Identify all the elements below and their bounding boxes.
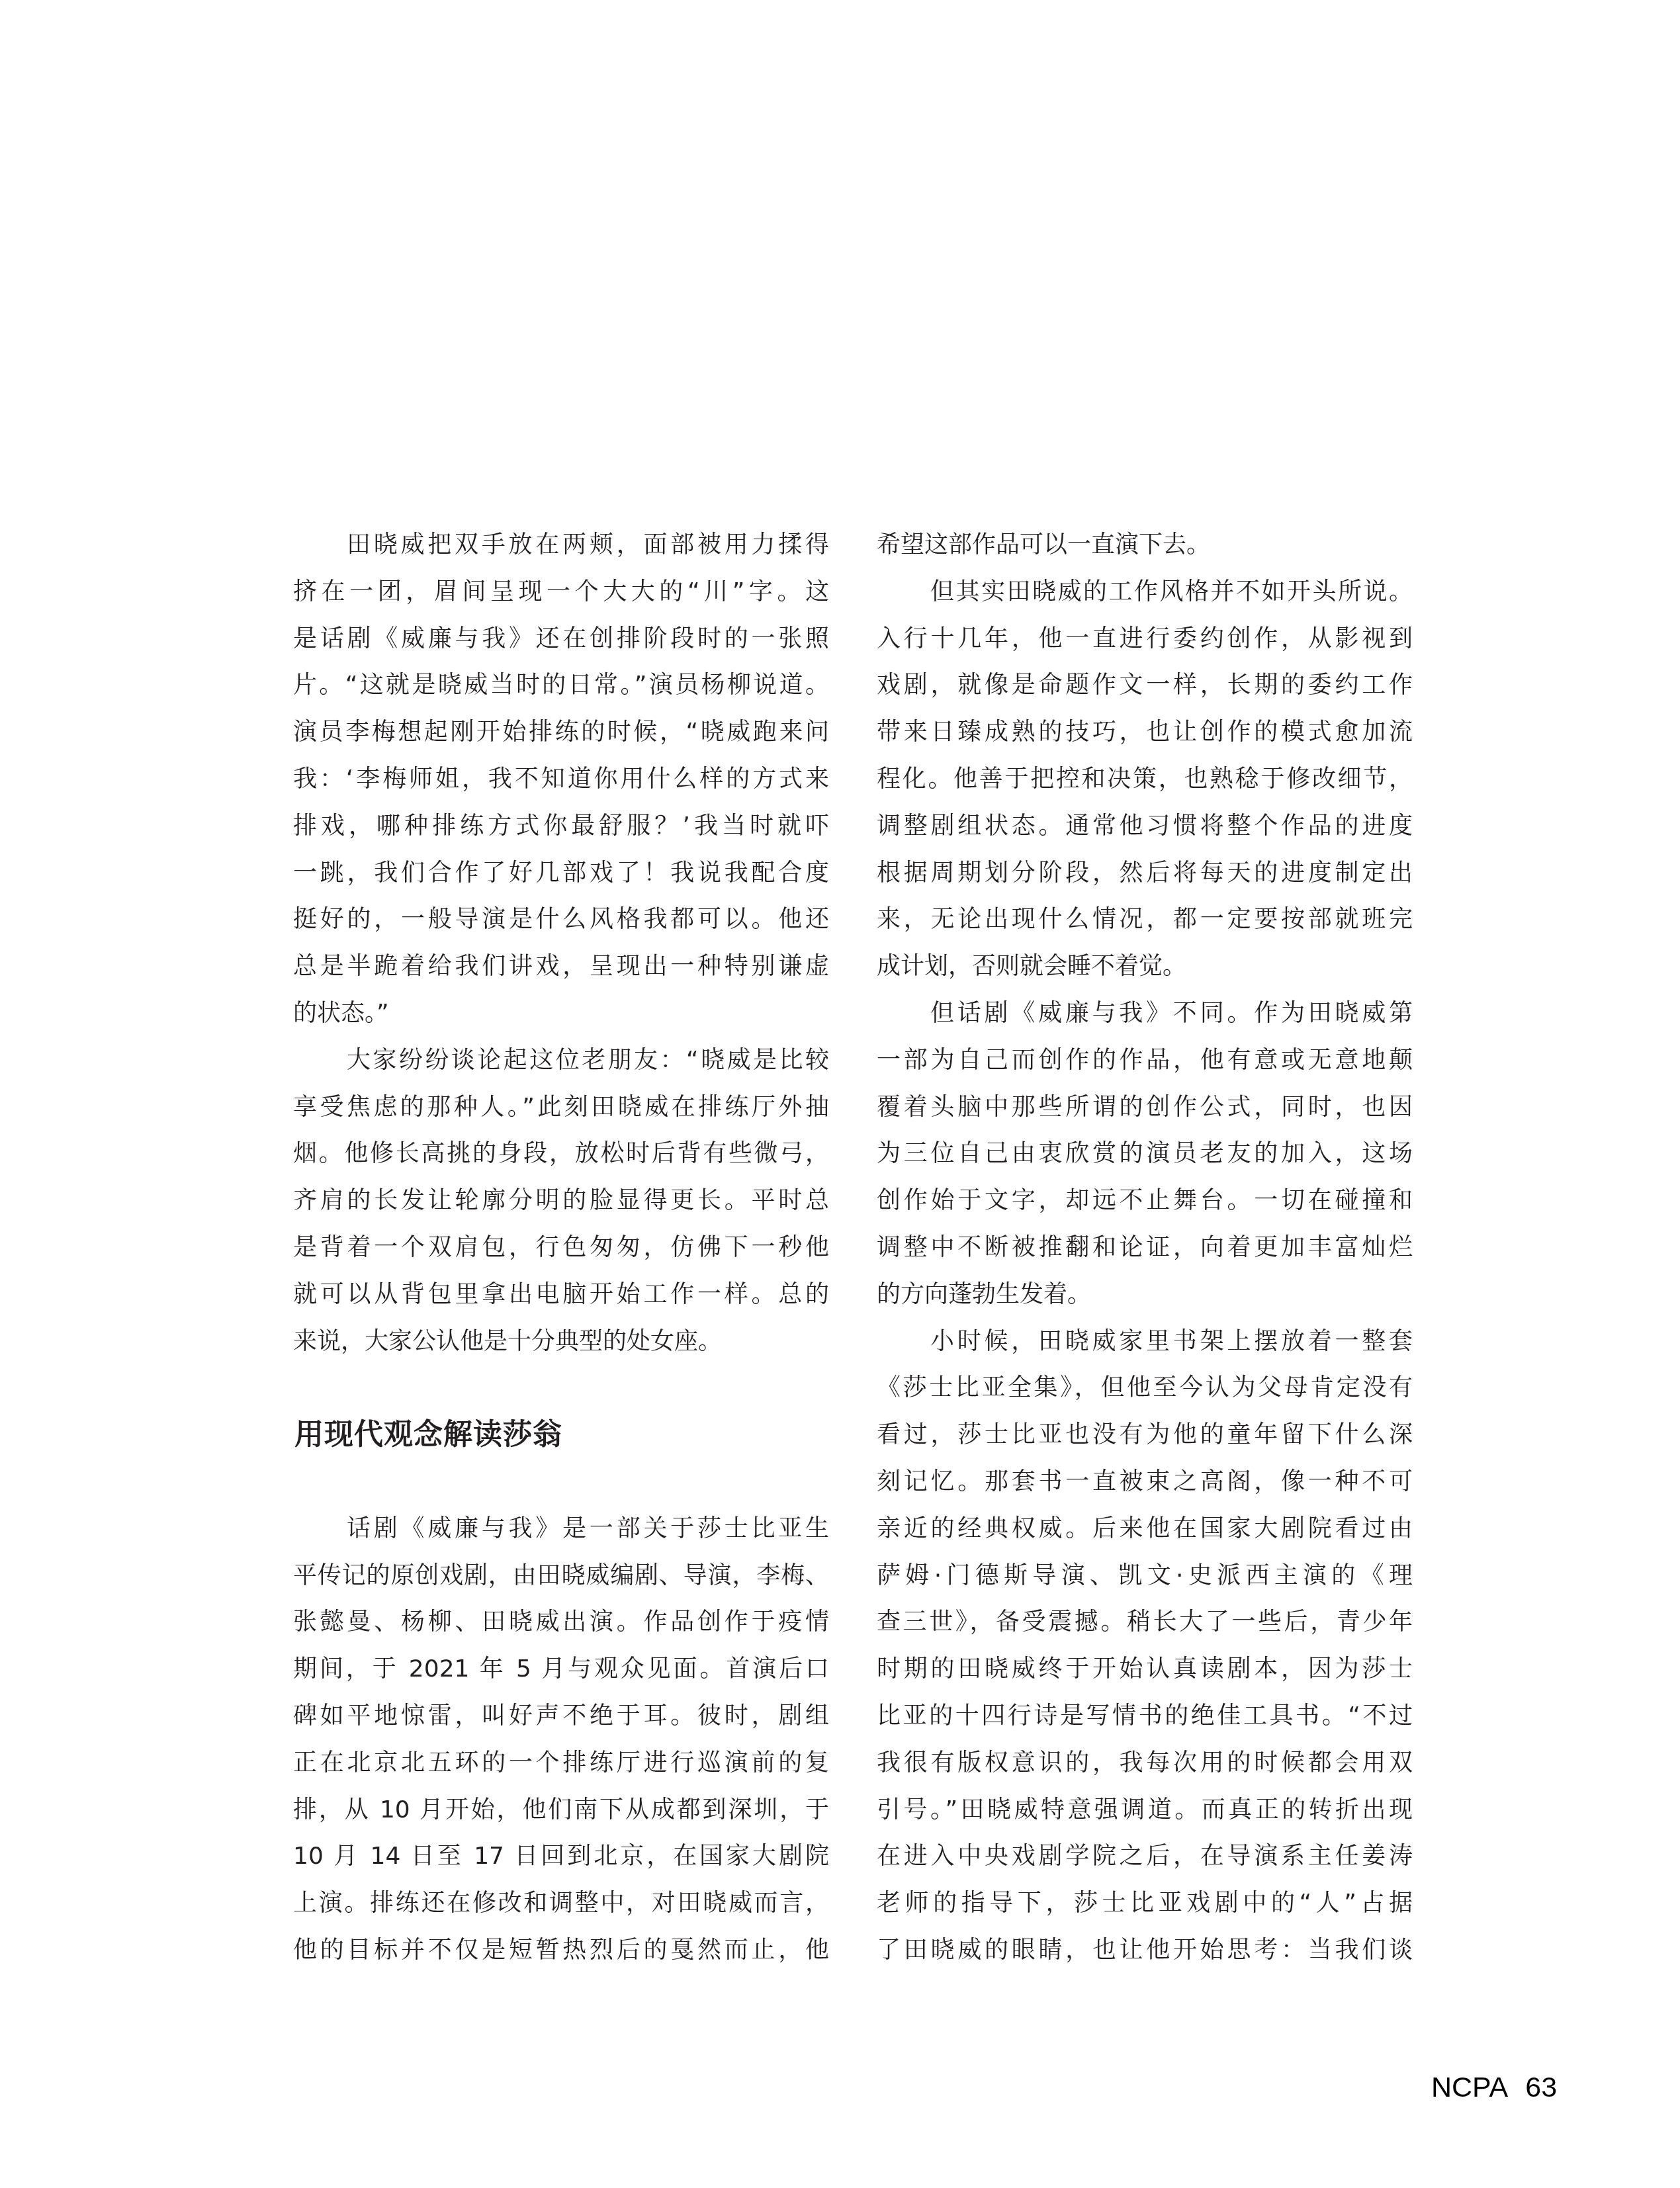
text-line: 张懿曼、杨柳、田晓威出演。作品创作于疫情 <box>293 1599 829 1646</box>
page-folio: NCPA63 <box>1431 2074 1557 2102</box>
text-line: 调整剧组状态。通常他习惯将整个作品的进度 <box>877 803 1413 850</box>
text-line: 碑如平地惊雷，叫好声不绝于耳。彼时，剧组 <box>293 1693 829 1740</box>
text-line: 大家纷纷谈论起这位老朋友：“晓威是比较 <box>293 1037 829 1084</box>
text-line: 引号。”田晓威特意强调道。而真正的转折出现 <box>877 1787 1413 1834</box>
text-line: 正在北京北五环的一个排练厅进行巡演前的复 <box>293 1740 829 1787</box>
text-line: 挤在一团，眉间呈现一个大大的“川”字。这 <box>293 569 829 616</box>
text-line: 时期的田晓威终于开始认真读剧本，因为莎士 <box>877 1646 1413 1693</box>
text-line: 来说，大家公认他是十分典型的处女座。 <box>293 1319 829 1366</box>
text-line: 我：‘李梅师姐，我不知道你用什么样的方式来 <box>293 756 829 803</box>
text-line: 是背着一个双肩包，行色匆匆，仿佛下一秒他 <box>293 1225 829 1272</box>
text-line: 片。“这就是晓威当时的日常。”演员杨柳说道。 <box>293 662 829 709</box>
text-line: 入行十几年，他一直进行委约创作，从影视到 <box>877 616 1413 663</box>
text-line: 挺好的，一般导演是什么风格我都可以。他还 <box>293 897 829 943</box>
text-line: 希望这部作品可以一直演下去。 <box>877 522 1413 569</box>
text-line: 来，无论出现什么情况，都一定要按部就班完 <box>877 897 1413 943</box>
text-line: 带来日臻成熟的技巧，也让创作的模式愈加流 <box>877 709 1413 756</box>
text-line: 就可以从背包里拿出电脑开始工作一样。总的 <box>293 1272 829 1319</box>
text-line: 享受焦虑的那种人。”此刻田晓威在排练厅外抽 <box>293 1084 829 1131</box>
text-line: 《莎士比亚全集》，但他至今认为父母肯定没有 <box>877 1365 1413 1412</box>
text-line: 排，从 10 月开始，他们南下从成都到深圳，于 <box>293 1787 829 1834</box>
text-line: 萨姆·门德斯导演、凯文·史派西主演的《理 <box>877 1553 1413 1600</box>
text-line: 查三世》，备受震撼。稍长大了一些后，青少年 <box>877 1599 1413 1646</box>
paragraph: 小时候，田晓威家里书架上摆放着一整套 《莎士比亚全集》，但他至今认为父母肯定没有… <box>877 1319 1413 1974</box>
text-line: 一跳，我们合作了好几部戏了！我说我配合度 <box>293 850 829 897</box>
text-line: 话剧《威廉与我》是一部关于莎士比亚生 <box>293 1506 829 1553</box>
text-line: 戏剧，就像是命题作文一样，长期的委约工作 <box>877 662 1413 709</box>
left-column: 田晓威把双手放在两颊，面部被用力揉得 挤在一团，眉间呈现一个大大的“川”字。这 … <box>293 522 829 1974</box>
paragraph: 但话剧《威廉与我》不同。作为田晓威第 一部为自己而创作的作品，他有意或无意地颠 … <box>877 990 1413 1319</box>
publication-name: NCPA <box>1431 2074 1508 2102</box>
text-line: 但话剧《威廉与我》不同。作为田晓威第 <box>877 990 1413 1037</box>
text-line: 的方向蓬勃生发着。 <box>877 1272 1413 1319</box>
paragraph: 话剧《威廉与我》是一部关于莎士比亚生 平传记的原创戏剧，由田晓威编剧、导演，李梅… <box>293 1506 829 1974</box>
paragraph: 大家纷纷谈论起这位老朋友：“晓威是比较 享受焦虑的那种人。”此刻田晓威在排练厅外… <box>293 1037 829 1366</box>
text-line: 期间，于 2021 年 5 月与观众见面。首演后口 <box>293 1646 829 1693</box>
text-line: 成计划，否则就会睡不着觉。 <box>877 943 1413 990</box>
paragraph-continued: 希望这部作品可以一直演下去。 <box>877 522 1413 569</box>
text-line: 的状态。” <box>293 990 829 1037</box>
text-line: 创作始于文字，却远不止舞台。一切在碰撞和 <box>877 1178 1413 1225</box>
text-line: 我很有版权意识的，我每次用的时候都会用双 <box>877 1740 1413 1787</box>
text-line: 根据周期划分阶段，然后将每天的进度制定出 <box>877 850 1413 897</box>
text-line: 平传记的原创戏剧，由田晓威编剧、导演，李梅、 <box>293 1553 829 1600</box>
text-line: 在进入中央戏剧学院之后，在导演系主任姜涛 <box>877 1833 1413 1880</box>
text-line: 覆着头脑中那些所谓的创作公式，同时，也因 <box>877 1084 1413 1131</box>
text-line: 他的目标并不仅是短暂热烈后的戛然而止，他 <box>293 1927 829 1974</box>
text-line: 刻记忆。那套书一直被束之高阁，像一种不可 <box>877 1459 1413 1506</box>
text-line: 老师的指导下，莎士比亚戏剧中的“人”占据 <box>877 1880 1413 1927</box>
section-heading: 用现代观念解读莎翁 <box>293 1365 829 1505</box>
text-line: 调整中不断被推翻和论证，向着更加丰富灿烂 <box>877 1225 1413 1272</box>
text-line: 亲近的经典权威。后来他在国家大剧院看过由 <box>877 1506 1413 1553</box>
text-line: 10 月 14 日至 17 日回到北京，在国家大剧院 <box>293 1833 829 1880</box>
text-line: 总是半跪着给我们讲戏，呈现出一种特别谦虚 <box>293 943 829 990</box>
text-line: 看过，莎士比亚也没有为他的童年留下什么深 <box>877 1412 1413 1459</box>
text-line: 为三位自己由衷欣赏的演员老友的加入，这场 <box>877 1131 1413 1178</box>
page-number: 63 <box>1525 2074 1557 2102</box>
text-line: 演员李梅想起刚开始排练的时候，“晓威跑来问 <box>293 709 829 756</box>
text-line: 了田晓威的眼睛，也让他开始思考：当我们谈 <box>877 1927 1413 1974</box>
text-line: 一部为自己而创作的作品，他有意或无意地颠 <box>877 1037 1413 1084</box>
text-line: 程化。他善于把控和决策，也熟稔于修改细节， <box>877 756 1413 803</box>
text-line: 齐肩的长发让轮廓分明的脸显得更长。平时总 <box>293 1178 829 1225</box>
text-line: 烟。他修长高挑的身段，放松时后背有些微弓， <box>293 1131 829 1178</box>
paragraph: 但其实田晓威的工作风格并不如开头所说。 入行十几年，他一直进行委约创作，从影视到… <box>877 569 1413 990</box>
text-line: 小时候，田晓威家里书架上摆放着一整套 <box>877 1319 1413 1366</box>
text-line: 是话剧《威廉与我》还在创排阶段时的一张照 <box>293 616 829 663</box>
right-column: 希望这部作品可以一直演下去。 但其实田晓威的工作风格并不如开头所说。 入行十几年… <box>877 522 1413 1974</box>
text-line: 排戏，哪种排练方式你最舒服？’我当时就吓 <box>293 803 829 850</box>
paragraph: 田晓威把双手放在两颊，面部被用力揉得 挤在一团，眉间呈现一个大大的“川”字。这 … <box>293 522 829 1037</box>
text-line: 田晓威把双手放在两颊，面部被用力揉得 <box>293 522 829 569</box>
text-line: 上演。排练还在修改和调整中，对田晓威而言， <box>293 1880 829 1927</box>
text-line: 比亚的十四行诗是写情书的绝佳工具书。“不过 <box>877 1693 1413 1740</box>
text-line: 但其实田晓威的工作风格并不如开头所说。 <box>877 569 1413 616</box>
